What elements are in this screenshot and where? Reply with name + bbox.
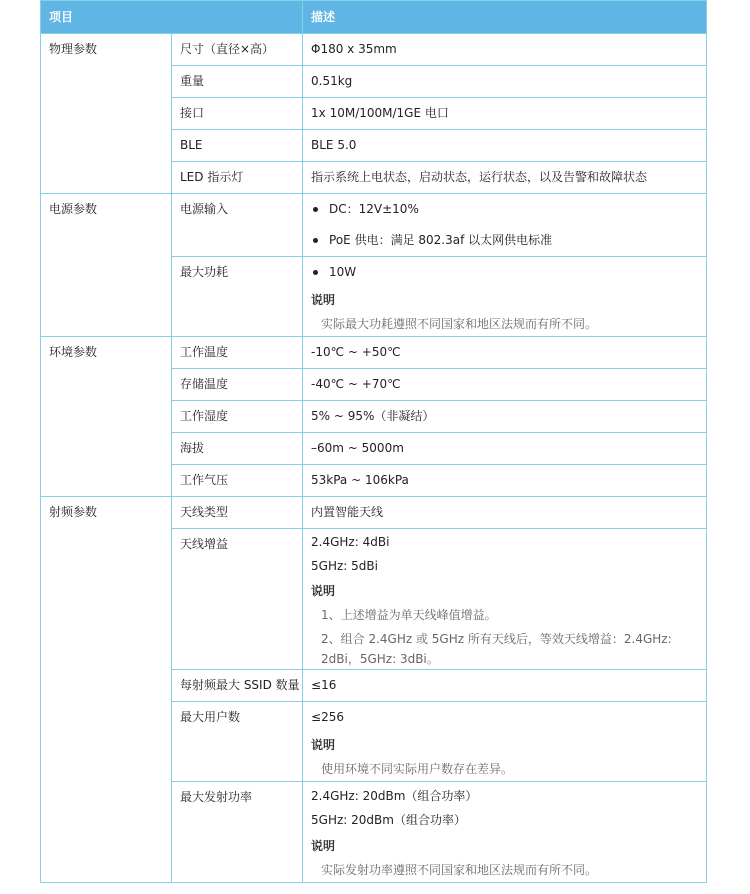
row-value: -10℃ ~ +50℃ (303, 337, 707, 369)
row-value: 53kPa ~ 106kPa (303, 465, 707, 497)
row-value: ≤256 说明 使用环境不同实际用户数存在差异。 (303, 702, 707, 782)
row-value: 5% ~ 95%（非凝结） (303, 401, 707, 433)
row-name: 存储温度 (172, 369, 303, 401)
note-text: 使用环境不同实际用户数存在差异。 (311, 757, 698, 781)
row-value: ≤16 (303, 670, 707, 702)
row-value-text: –60m ~ 5000m (311, 433, 698, 464)
row-value-text: 5GHz: 20dBm（组合功率） (311, 807, 698, 834)
row-name: 海拔 (172, 433, 303, 465)
note-text: 2、组合 2.4GHz 或 5GHz 所有天线后，等效天线增益：2.4GHz: … (311, 627, 698, 669)
row-name: 工作气压 (172, 465, 303, 497)
row-name-label: 天线增益 (180, 529, 294, 560)
row-value-text: 2.4GHz: 20dBm（组合功率） (311, 782, 698, 807)
row-name-label: 工作温度 (180, 337, 294, 368)
header-desc: 描述 (303, 1, 707, 34)
row-name-label: LED 指示灯 (180, 162, 294, 193)
row-value: Φ180 x 35mm (303, 34, 707, 66)
row-value-text: 指示系统上电状态，启动状态，运行状态，以及告警和故障状态 (311, 162, 698, 193)
row-value: 0.51kg (303, 66, 707, 98)
row-name-label: 最大发射功率 (180, 782, 294, 813)
category-label: 射频参数 (49, 497, 163, 528)
row-value-text: 53kPa ~ 106kPa (311, 465, 698, 496)
note-title: 说明 (311, 579, 698, 603)
row-name-label: 海拔 (180, 433, 294, 464)
row-value: DC：12V±10% PoE 供电：满足 802.3af 以太网供电标准 (303, 194, 707, 257)
row-value-text: 1x 10M/100M/1GE 电口 (311, 98, 698, 129)
note-text: 实际发射功率遵照不同国家和地区法规而有所不同。 (311, 858, 698, 882)
category-environment: 环境参数 (41, 337, 172, 497)
row-value: 10W 说明 实际最大功耗遵照不同国家和地区法规而有所不同。 (303, 257, 707, 337)
row-name-label: 天线类型 (180, 497, 294, 528)
table-row: 物理参数 尺寸（直径×高） Φ180 x 35mm (41, 34, 707, 66)
row-value: 内置智能天线 (303, 497, 707, 529)
table-row: 环境参数 工作温度 -10℃ ~ +50℃ (41, 337, 707, 369)
note-title: 说明 (311, 733, 698, 757)
row-name: 最大功耗 (172, 257, 303, 337)
row-value: 2.4GHz: 20dBm（组合功率） 5GHz: 20dBm（组合功率） 说明… (303, 782, 707, 883)
row-name: 电源输入 (172, 194, 303, 257)
row-name-label: 尺寸（直径×高） (180, 34, 294, 65)
category-label: 物理参数 (49, 34, 163, 65)
row-name: LED 指示灯 (172, 162, 303, 194)
row-name-label: 每射频最大 SSID 数量 (180, 670, 294, 701)
category-physical: 物理参数 (41, 34, 172, 194)
row-value-text: -10℃ ~ +50℃ (311, 337, 698, 368)
category-power: 电源参数 (41, 194, 172, 337)
row-value-text: 5% ~ 95%（非凝结） (311, 401, 698, 432)
spec-table: 项目 描述 物理参数 尺寸（直径×高） Φ180 x 35mm 重量 0.51k… (40, 0, 707, 883)
row-value: 指示系统上电状态，启动状态，运行状态，以及告警和故障状态 (303, 162, 707, 194)
bullet-item: DC：12V±10% (311, 194, 698, 225)
row-value: BLE 5.0 (303, 130, 707, 162)
table-header-row: 项目 描述 (41, 1, 707, 34)
row-name: 最大发射功率 (172, 782, 303, 883)
note-text: 实际最大功耗遵照不同国家和地区法规而有所不同。 (311, 312, 698, 336)
row-value-text: 0.51kg (311, 66, 698, 97)
row-name-label: 重量 (180, 66, 294, 97)
row-value: –60m ~ 5000m (303, 433, 707, 465)
bullet-item: 10W (311, 257, 698, 288)
category-label: 电源参数 (49, 194, 163, 225)
note-text: 1、上述增益为单天线峰值增益。 (311, 603, 698, 627)
note-title: 说明 (311, 834, 698, 858)
row-value-text: ≤16 (311, 670, 698, 701)
row-value-text: 内置智能天线 (311, 497, 698, 528)
row-name: 最大用户数 (172, 702, 303, 782)
row-name-label: 工作湿度 (180, 401, 294, 432)
row-value: 2.4GHz: 4dBi 5GHz: 5dBi 说明 1、上述增益为单天线峰值增… (303, 529, 707, 670)
row-name: 天线类型 (172, 497, 303, 529)
row-name-label: 接口 (180, 98, 294, 129)
row-name-label: 存储温度 (180, 369, 294, 400)
row-name: BLE (172, 130, 303, 162)
row-value-text: ≤256 (311, 702, 698, 733)
row-value: -40℃ ~ +70℃ (303, 369, 707, 401)
header-item: 项目 (41, 1, 303, 34)
category-label: 环境参数 (49, 337, 163, 368)
row-name: 重量 (172, 66, 303, 98)
row-name: 接口 (172, 98, 303, 130)
row-name: 天线增益 (172, 529, 303, 670)
row-value: 1x 10M/100M/1GE 电口 (303, 98, 707, 130)
note-title: 说明 (311, 288, 698, 312)
row-name-label: 最大用户数 (180, 702, 294, 733)
row-value-text: -40℃ ~ +70℃ (311, 369, 698, 400)
table-row: 电源参数 电源输入 DC：12V±10% PoE 供电：满足 802.3af 以… (41, 194, 707, 257)
row-name: 每射频最大 SSID 数量 (172, 670, 303, 702)
bullet-item: PoE 供电：满足 802.3af 以太网供电标准 (311, 225, 698, 256)
row-name: 工作湿度 (172, 401, 303, 433)
table-row: 射频参数 天线类型 内置智能天线 (41, 497, 707, 529)
row-name-label: 最大功耗 (180, 257, 294, 288)
category-rf: 射频参数 (41, 497, 172, 883)
row-name: 工作温度 (172, 337, 303, 369)
row-name-label: 工作气压 (180, 465, 294, 496)
row-value-text: Φ180 x 35mm (311, 34, 698, 65)
row-value-text: 2.4GHz: 4dBi (311, 529, 698, 554)
row-name-label: 电源输入 (180, 194, 294, 225)
row-value-text: 5GHz: 5dBi (311, 554, 698, 579)
row-name-label: BLE (180, 130, 294, 161)
row-name: 尺寸（直径×高） (172, 34, 303, 66)
row-value-text: BLE 5.0 (311, 130, 698, 161)
